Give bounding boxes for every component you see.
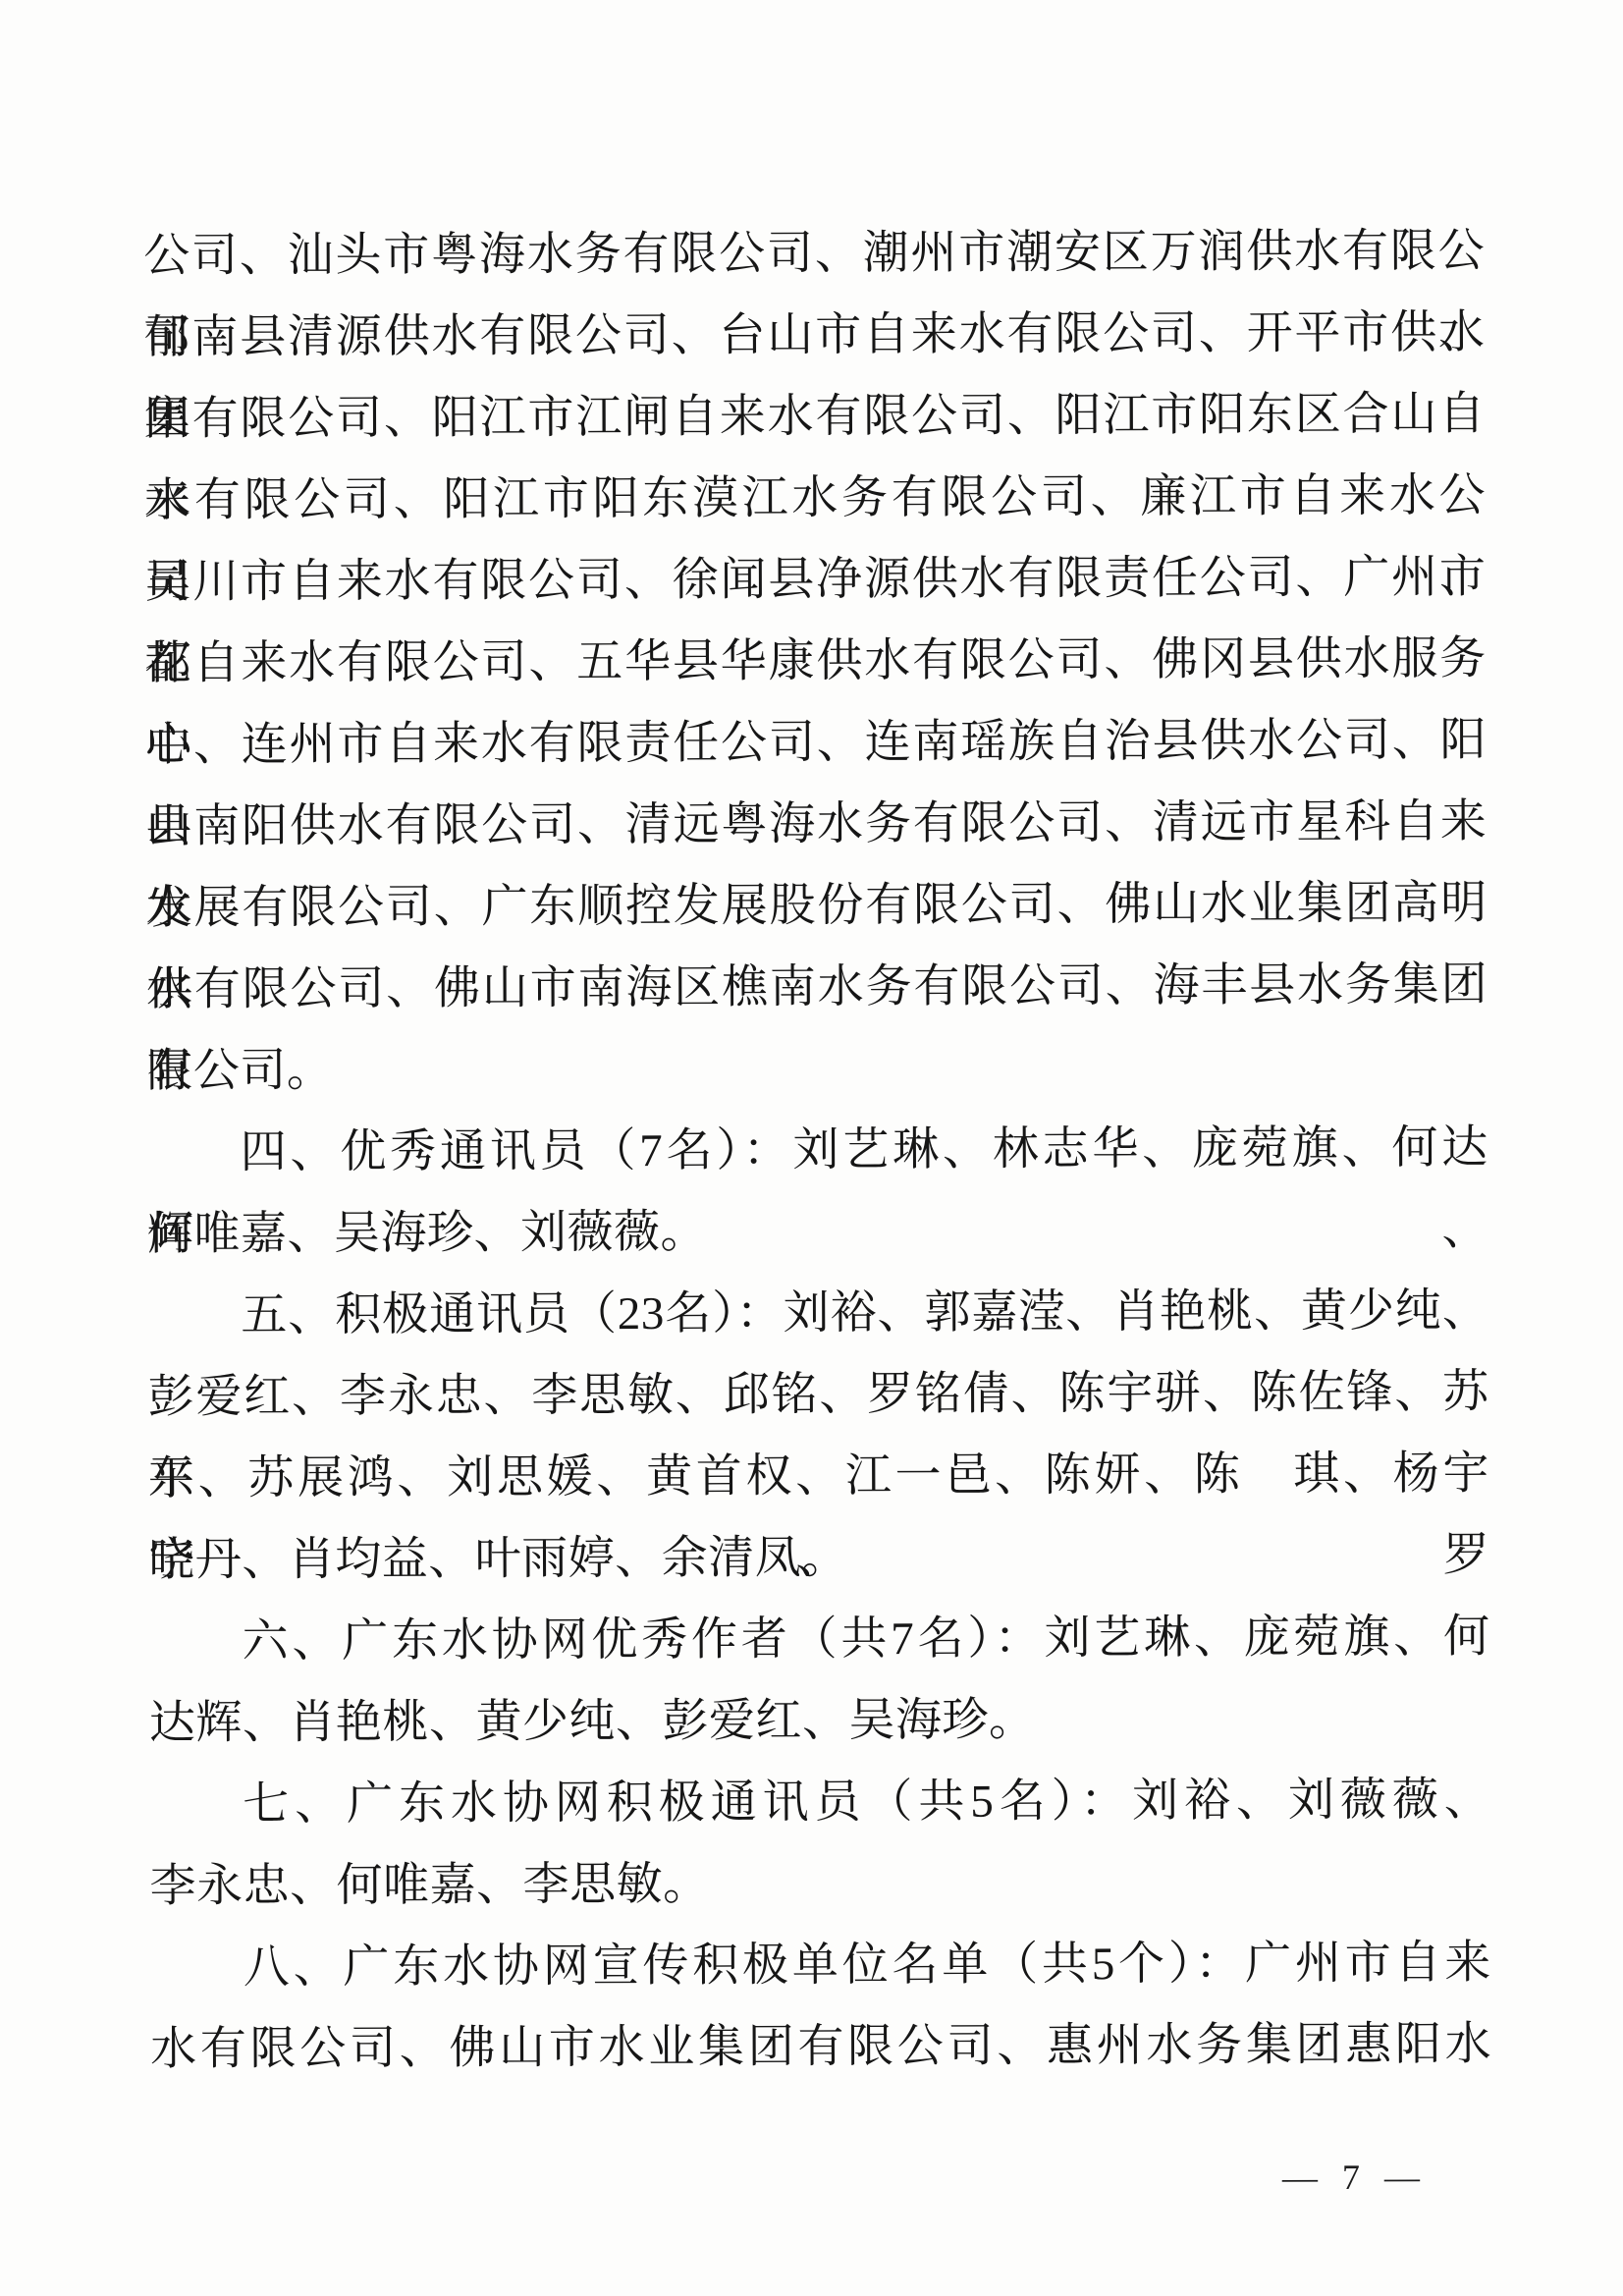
doc-line-section-6: 六、广东水协网优秀作者（共7名）：刘艺琳、庞菀旗、何 <box>148 1597 1489 1683</box>
doc-line: 吴川市自来水有限公司、徐闻县净源供水有限责任公司、广州市花 <box>144 537 1486 624</box>
doc-line: 水有限公司、阳江市阳东漠江水务有限公司、廉江市自来水公司、 <box>144 456 1486 542</box>
doc-line: 公司、汕头市粤海水务有限公司、潮州市潮安区万润供水有限公司、 <box>143 211 1485 298</box>
doc-line: 水有限公司、佛山市南海区樵南水务有限公司、海丰县水务集团有 <box>146 945 1488 1031</box>
doc-line: 彭爱红、李永忠、李思敏、邱铭、罗铭倩、陈宇骈、陈佐锋、苏东 <box>147 1352 1488 1439</box>
doc-line: 水有限公司、佛山市水业集团有限公司、惠州水务集团惠阳水 <box>150 2004 1491 2091</box>
doc-line-section-7: 七、广东水协网积极通讯员（共5名）：刘裕、刘薇薇、 <box>149 1760 1490 1846</box>
doc-line: 郁南县清源供水有限公司、台山市自来水有限公司、开平市供水集 <box>143 293 1485 379</box>
doc-line: 限公司。 <box>146 1026 1488 1113</box>
doc-line-section-8: 八、广东水协网宣传积极单位名单（共5个）：广州市自来 <box>150 1923 1491 2009</box>
doc-line: 团有限公司、阳江市江闸自来水有限公司、阳江市阳东区合山自来 <box>144 374 1486 461</box>
doc-line: 都自来水有限公司、五华县华康供水有限公司、佛冈县供水服务中 <box>145 619 1487 705</box>
page-number: — 7 — <box>1282 2157 1428 2199</box>
doc-line: 县南阳供水有限公司、清远粤海水务有限公司、清远市星科自来水 <box>145 782 1487 868</box>
doc-line: 李永忠、何唯嘉、李思敏。 <box>149 1841 1490 1928</box>
doc-line-section-4: 四、优秀通讯员（7名）：刘艺琳、林志华、庞菀旗、何达辉、 <box>147 1108 1488 1194</box>
doc-line: 平、苏展鸿、刘思媛、黄首权、江一邑、陈妍、陈 琪、杨宇宁、罗 <box>148 1434 1489 1520</box>
body-text: 公司、汕头市粤海水务有限公司、潮州市潮安区万润供水有限公司、 郁南县清源供水有限… <box>143 211 1491 2091</box>
doc-line: 达辉、肖艳桃、黄少纯、彭爱红、吴海珍。 <box>149 1678 1490 1765</box>
doc-line: 心、连州市自来水有限责任公司、连南瑶族自治县供水公司、阳山 <box>145 700 1487 787</box>
doc-line-section-5: 五、积极通讯员（23名）：刘裕、郭嘉滢、肖艳桃、黄少纯、 <box>147 1271 1488 1357</box>
doc-line: 发展有限公司、广东顺控发展股份有限公司、佛山水业集团高明供 <box>146 863 1488 950</box>
document-page: 公司、汕头市粤海水务有限公司、潮州市潮安区万润供水有限公司、 郁南县清源供水有限… <box>0 0 1623 2296</box>
